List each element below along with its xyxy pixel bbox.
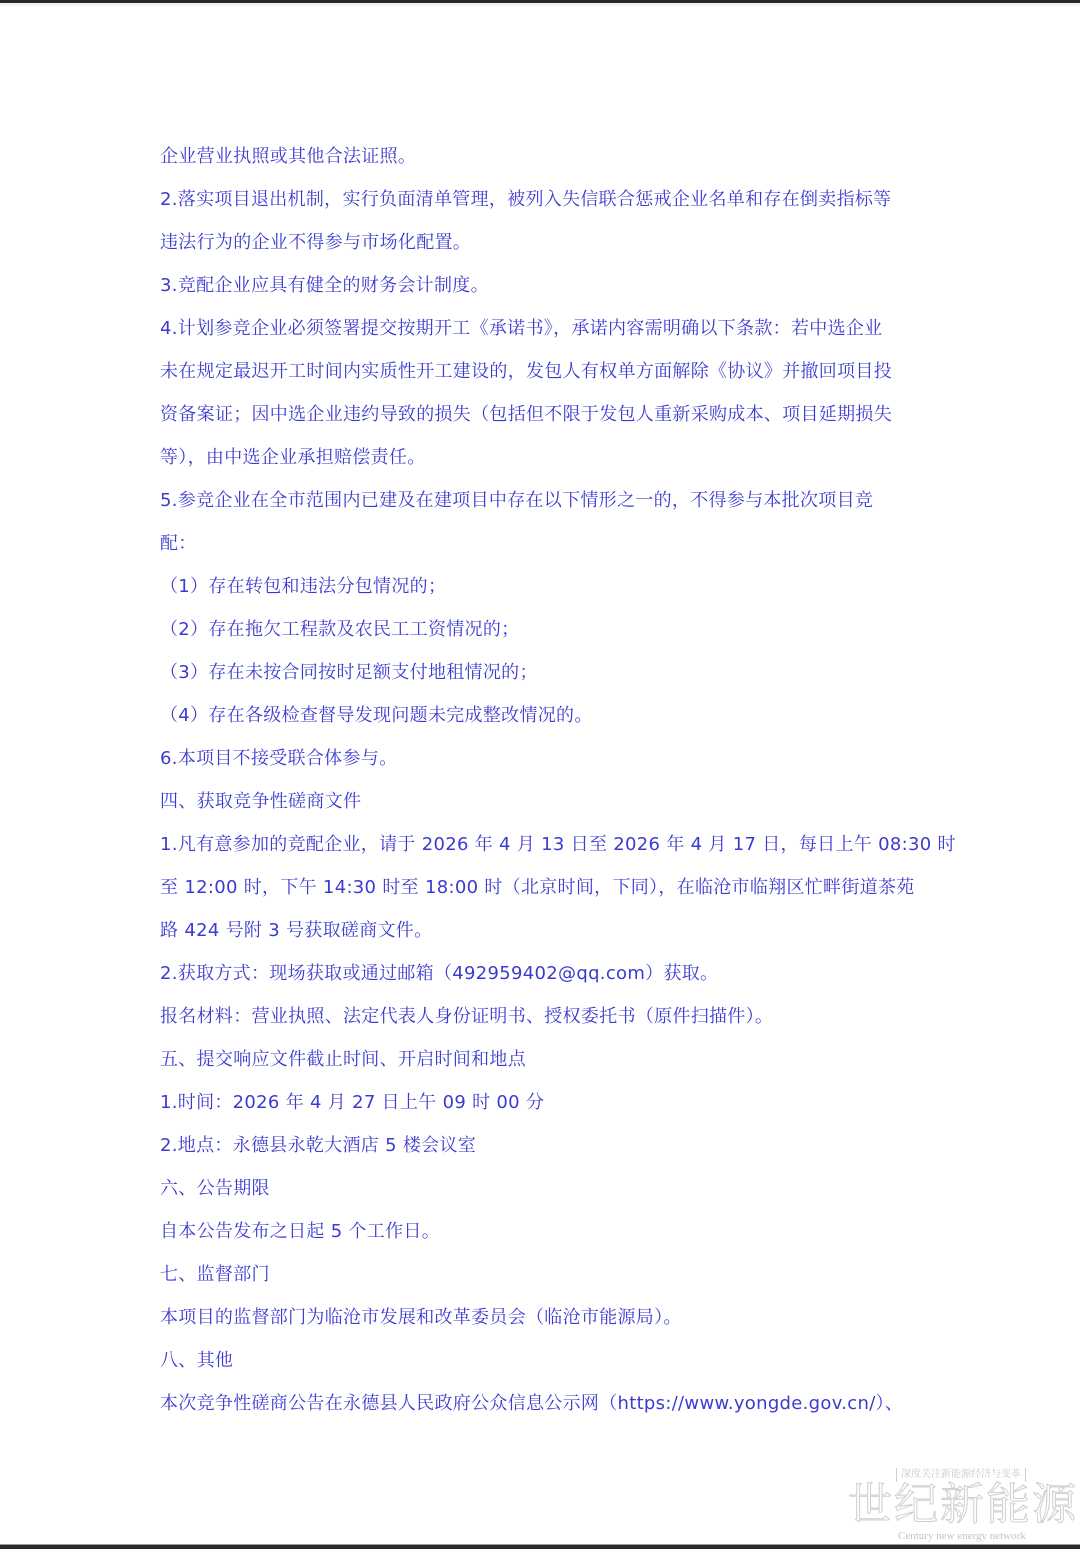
document-line: 违法行为的企业不得参与市场化配置。 xyxy=(160,230,471,256)
document-line: 本次竞争性磋商公告在永德县人民政府公众信息公示网（https://www.yon… xyxy=(160,1391,903,1417)
document-line: 3.竞配企业应具有健全的财务会计制度。 xyxy=(160,273,489,299)
document-line: （3）存在未按合同按时足额支付地租情况的； xyxy=(160,660,538,686)
document-line: 2.落实项目退出机制，实行负面清单管理，被列入失信联合惩戒企业名单和存在倒卖指标… xyxy=(160,187,891,213)
document-line: 4.计划参竞企业必须签署提交按期开工《承诺书》，承诺内容需明确以下条款：若中选企… xyxy=(160,316,882,342)
document-line: 企业营业执照或其他合法证照。 xyxy=(160,144,416,170)
document-line: 1.凡有意参加的竞配企业，请于 2026 年 4 月 13 日至 2026 年 … xyxy=(160,832,956,858)
document-line: 路 424 号附 3 号获取磋商文件。 xyxy=(160,918,432,944)
bottom-window-bar xyxy=(0,1544,1080,1549)
document-line: 五、提交响应文件截止时间、开启时间和地点 xyxy=(160,1047,526,1073)
document-line: 八、其他 xyxy=(160,1348,233,1374)
document-line: 资备案证；因中选企业违约导致的损失（包括但不限于发包人重新采购成本、项目延期损失 xyxy=(160,402,892,428)
document-line: 等），由中选企业承担赔偿责任。 xyxy=(160,445,426,471)
document-line: 自本公告发布之日起 5 个工作日。 xyxy=(160,1219,440,1245)
document-line: 未在规定最迟开工时间内实质性开工建设的，发包人有权单方面解除《协议》并撤回项目投 xyxy=(160,359,892,385)
document-line: 至 12:00 时，下午 14:30 时至 18:00 时（北京时间，下同），在… xyxy=(160,875,915,901)
document-line: 1.时间：2026 年 4 月 27 日上午 09 时 00 分 xyxy=(160,1090,544,1116)
document-line: 四、获取竞争性磋商文件 xyxy=(160,789,361,815)
document-line: 2.获取方式：现场获取或通过邮箱（492959402@qq.com）获取。 xyxy=(160,961,718,987)
document-line: 配： xyxy=(160,531,197,557)
document-line: 本项目的监督部门为临沧市发展和改革委员会（临沧市能源局）。 xyxy=(160,1305,682,1331)
document-line: 七、监督部门 xyxy=(160,1262,270,1288)
document-line: 六、公告期限 xyxy=(160,1176,270,1202)
document-page: 企业营业执照或其他合法证照。2.落实项目退出机制，实行负面清单管理，被列入失信联… xyxy=(0,6,1080,1544)
document-line: 6.本项目不接受联合体参与。 xyxy=(160,746,397,772)
document-line: 2.地点：永德县永乾大酒店 5 楼会议室 xyxy=(160,1133,476,1159)
document-line: （2）存在拖欠工程款及农民工工资情况的； xyxy=(160,617,519,643)
document-line: （1）存在转包和违法分包情况的； xyxy=(160,574,446,600)
document-line: （4）存在各级检查督导发现问题未完成整改情况的。 xyxy=(160,703,593,729)
document-line: 报名材料：营业执照、法定代表人身份证明书、授权委托书（原件扫描件）。 xyxy=(160,1004,773,1030)
document-line: 5.参竞企业在全市范围内已建及在建项目中存在以下情形之一的，不得参与本批次项目竞 xyxy=(160,488,873,514)
